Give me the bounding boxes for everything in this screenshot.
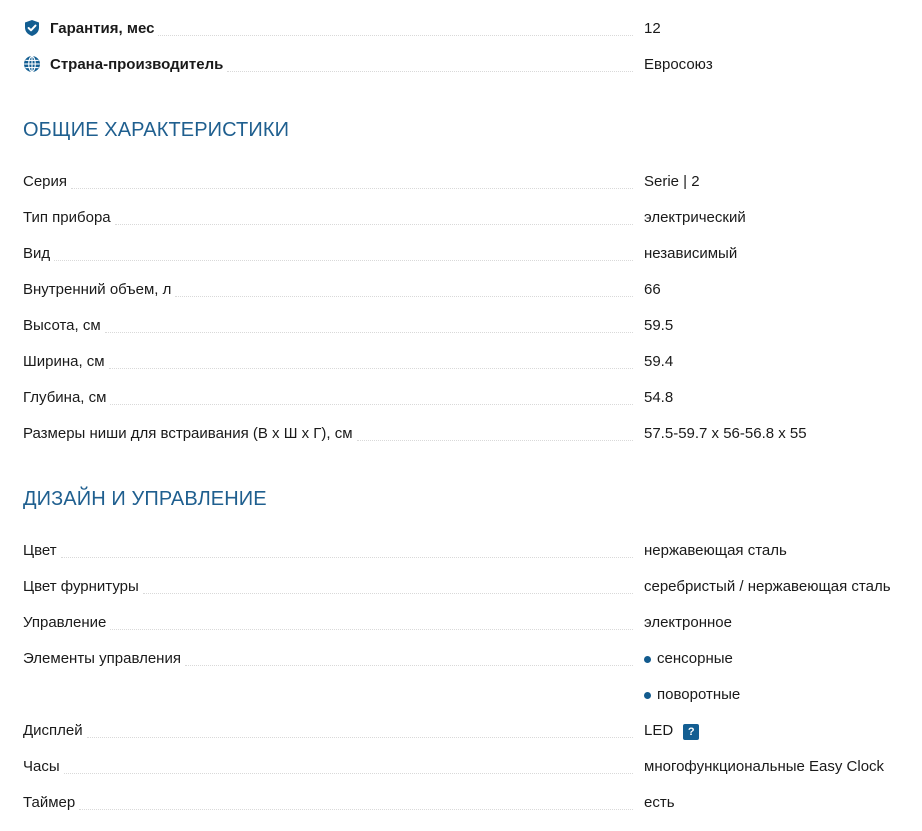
spec-label: Внутренний объем, л [23, 281, 175, 299]
spec-row: Таймер есть [23, 788, 922, 824]
spec-label: Дисплей [23, 722, 87, 740]
section-title-design: ДИЗАЙН И УПРАВЛЕНИЕ [23, 487, 267, 511]
spec-value: 57.5-59.7 x 56-56.8 x 55 [644, 419, 807, 443]
spec-value: есть [644, 788, 675, 812]
spec-row: Часы многофункциональные Easy Clock [23, 752, 922, 788]
spec-row: Внутренний объем, л 66 [23, 275, 922, 311]
spec-value-list-item: поворотные [644, 680, 740, 704]
spec-value: многофункциональные Easy Clock [644, 752, 884, 776]
dotted-leader [110, 404, 633, 405]
dotted-leader [71, 188, 633, 189]
spec-value: LED ? [644, 716, 699, 740]
spec-label: Высота, см [23, 317, 105, 335]
spec-value: 54.8 [644, 383, 673, 407]
spec-row: Управление электронное [23, 608, 922, 644]
spec-label: Тип прибора [23, 209, 115, 227]
spec-row-warranty: Гарантия, мес 12 [23, 14, 922, 50]
spec-value: 59.4 [644, 347, 673, 371]
spec-label: Страна-производитель [50, 56, 227, 74]
bullet-icon [644, 656, 651, 663]
spec-value: серебристый / нержавеющая сталь [644, 572, 891, 596]
spec-label: Элементы управления [23, 650, 185, 668]
dotted-leader [115, 224, 633, 225]
dotted-leader [227, 71, 633, 72]
bullet-icon [644, 692, 651, 699]
spec-label: Управление [23, 614, 110, 632]
spec-row: Цвет нержавеющая сталь [23, 536, 922, 572]
spec-label: Часы [23, 758, 64, 776]
spec-label: Вид [23, 245, 54, 263]
spec-value: 12 [644, 14, 661, 38]
shield-check-icon [23, 19, 41, 37]
spec-row-continued: поворотные [23, 680, 922, 716]
spec-value: электронное [644, 608, 732, 632]
spec-row: Размеры ниши для встраивания (В х Ш х Г)… [23, 419, 922, 455]
dotted-leader [54, 260, 633, 261]
spec-label: Гарантия, мес [50, 20, 158, 38]
spec-value: 59.5 [644, 311, 673, 335]
spec-label: Цвет [23, 542, 61, 560]
spec-label: Ширина, см [23, 353, 109, 371]
globe-icon [23, 55, 41, 73]
spec-value: Serie | 2 [644, 167, 700, 191]
dotted-leader [175, 296, 633, 297]
spec-label: Размеры ниши для встраивания (В х Ш х Г)… [23, 425, 357, 443]
dotted-leader [61, 557, 633, 558]
dotted-leader [357, 440, 633, 441]
spec-value: нержавеющая сталь [644, 536, 787, 560]
spec-label: Цвет фурнитуры [23, 578, 143, 596]
dotted-leader [105, 332, 633, 333]
help-icon[interactable]: ? [683, 724, 699, 740]
dotted-leader [109, 368, 633, 369]
spec-row: Элементы управления сенсорные [23, 644, 922, 680]
dotted-leader [87, 737, 633, 738]
spec-row: Тип прибора электрический [23, 203, 922, 239]
spec-label: Глубина, см [23, 389, 110, 407]
spec-row-country: Страна-производитель Евросоюз [23, 50, 922, 86]
spec-value: 66 [644, 275, 661, 299]
dotted-leader [79, 809, 633, 810]
dotted-leader [64, 773, 633, 774]
spec-row: Вид независимый [23, 239, 922, 275]
dotted-leader [185, 665, 633, 666]
spec-label: Серия [23, 173, 71, 191]
spec-row: Серия Serie | 2 [23, 167, 922, 203]
spec-row: Высота, см 59.5 [23, 311, 922, 347]
spec-label: Таймер [23, 794, 79, 812]
dotted-leader [110, 629, 633, 630]
dotted-leader [158, 35, 633, 36]
spec-row: Цвет фурнитуры серебристый / нержавеющая… [23, 572, 922, 608]
dotted-leader [143, 593, 633, 594]
spec-value: Евросоюз [644, 50, 713, 74]
spec-value: независимый [644, 239, 737, 263]
spec-row: Глубина, см 54.8 [23, 383, 922, 419]
spec-row: Дисплей LED ? [23, 716, 922, 752]
section-title-general: ОБЩИЕ ХАРАКТЕРИСТИКИ [23, 118, 289, 142]
spec-row: Ширина, см 59.4 [23, 347, 922, 383]
spec-value-list-item: сенсорные [644, 644, 733, 668]
spec-value: электрический [644, 203, 746, 227]
